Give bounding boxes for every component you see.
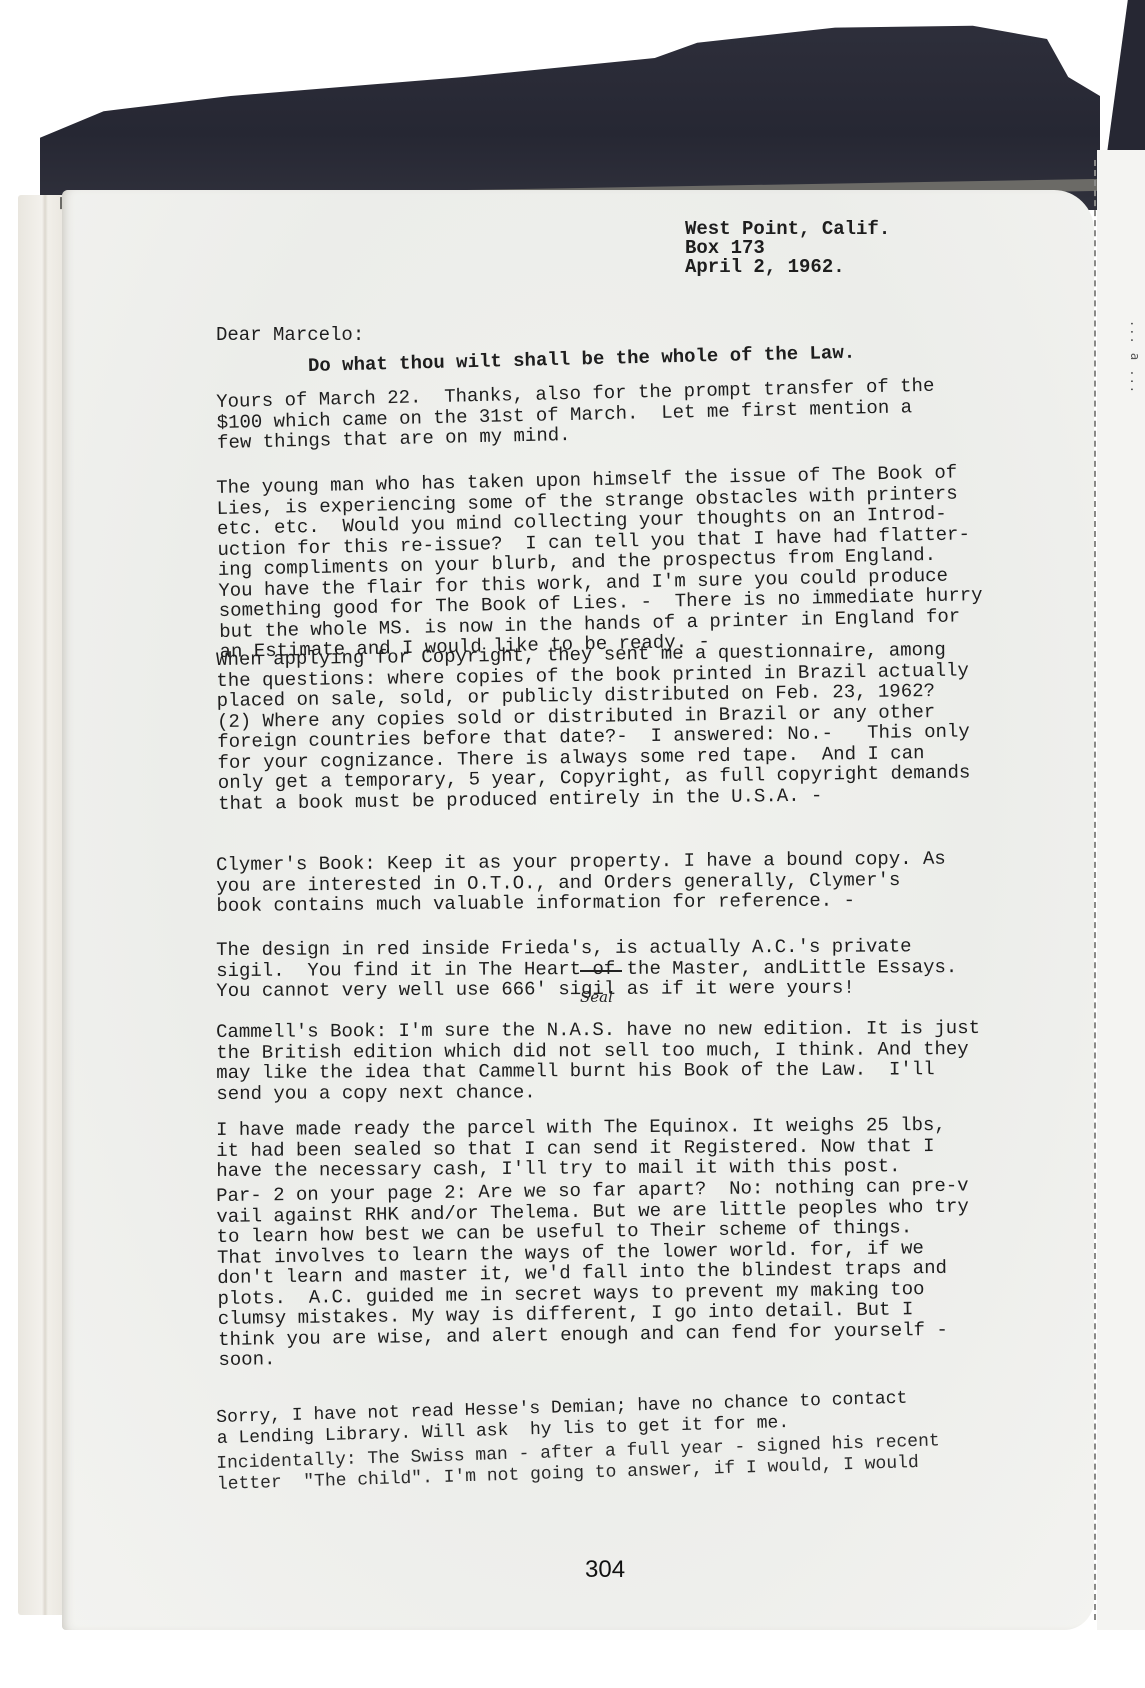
strikethrough-mark	[580, 970, 622, 972]
paragraph-equinox-parcel: I have made ready the parcel with The Eq…	[216, 1115, 946, 1182]
paragraph-book-of-lies: The young man who has taken upon himself…	[216, 462, 984, 662]
paragraph-copyright: When applying for Copyright, they sent m…	[216, 639, 971, 813]
letter-date: April 2, 1962.	[685, 256, 845, 278]
paragraph-clymers-book: Clymer's Book: Keep it as your property.…	[216, 849, 946, 917]
motto: Do what thou wilt shall be the whole of …	[308, 343, 856, 377]
sender-address: West Point, Calif. Box 173 April 2, 1962…	[685, 220, 890, 277]
typed-letter: West Point, Calif. Box 173 April 2, 1962…	[0, 0, 1145, 1688]
handwritten-correction: Seal	[580, 987, 613, 1008]
paragraph-page-two-reply: Par- 2 on your page 2: Are we so far apa…	[216, 1175, 971, 1370]
page-number: 304	[585, 1560, 625, 1581]
paragraph-cammells-book: Cammell's Book: I'm sure the N.A.S. have…	[216, 1018, 980, 1104]
salutation: Dear Marcelo:	[216, 325, 364, 346]
paragraph-acknowledgement: Yours of March 22. Thanks, also for the …	[216, 376, 936, 454]
